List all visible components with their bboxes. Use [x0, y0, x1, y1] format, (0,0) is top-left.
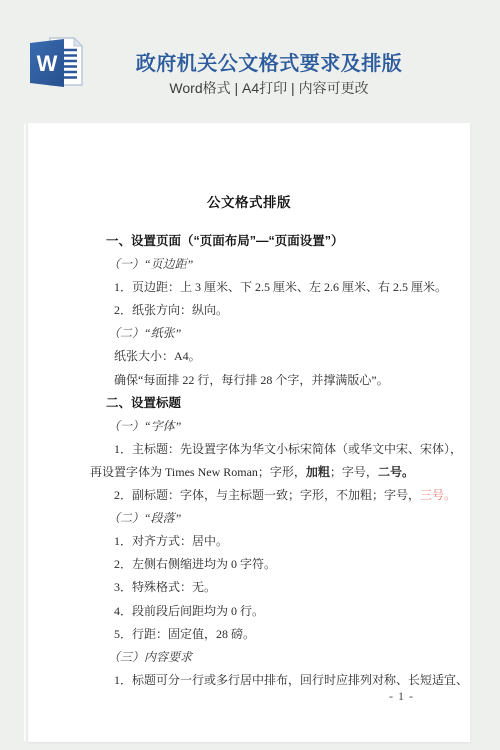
page-background: W 政府机关公文格式要求及排版 Word格式 | A4打印 | 内容可更改 公文… — [0, 0, 500, 750]
doc-line: 确保“每面排 22 行，每行排 28 个字，并撑满版心”。 — [90, 369, 462, 392]
doc-text-segment: 二、设置标题 — [106, 396, 181, 410]
doc-line: 再设置字体为 Times New Roman；字形，加粗；字号，二号。 — [90, 461, 462, 484]
doc-text-segment: 二号。 — [378, 465, 414, 479]
doc-line: （二）“段落” — [90, 507, 462, 530]
doc-text-segment: 3．特殊格式：无。 — [114, 580, 216, 594]
doc-line: （二）“纸张” — [90, 322, 462, 345]
doc-line: 1．对齐方式：居中。 — [90, 530, 462, 553]
doc-line: 2．左侧右侧缩进均为 0 字符。 — [90, 553, 462, 576]
page-number: - 1 - — [389, 689, 414, 704]
doc-text-segment: 2．纸张方向：纵向。 — [114, 303, 228, 317]
doc-text-segment: 加粗 — [306, 465, 330, 479]
doc-text-segment: 2．左侧右侧缩进均为 0 字符。 — [114, 557, 276, 571]
doc-text-segment: 1．页边距：上 3 厘米、下 2.5 厘米、左 2.6 厘米、右 2.5 厘米。 — [114, 280, 447, 294]
doc-line: （三）内容要求 — [90, 646, 462, 669]
doc-line: 5．行距：固定值，28 磅。 — [90, 623, 462, 646]
doc-text-segment: 一、设置页面（“页面布局”—“页面设置”） — [106, 234, 344, 248]
doc-line: （一）“页边距” — [90, 253, 462, 276]
doc-line: 二、设置标题 — [90, 392, 462, 415]
doc-text-segment: 1．对齐方式：居中。 — [114, 534, 228, 548]
document-body: 一、设置页面（“页面布局”—“页面设置”）（一）“页边距”1．页边距：上 3 厘… — [90, 230, 462, 692]
doc-text-segment: 再设置字体为 Times New Roman；字形， — [90, 465, 306, 479]
doc-text-segment: 1．主标题：先设置字体为华文小标宋简体（或华文中宋、宋体）， — [114, 442, 462, 456]
doc-text-segment: （一）“字体” — [108, 419, 181, 433]
doc-line: （一）“字体” — [90, 415, 462, 438]
doc-line: 3．特殊格式：无。 — [90, 576, 462, 599]
doc-text-segment: 纸张大小：A4。 — [114, 349, 201, 363]
doc-line: 2．纸张方向：纵向。 — [90, 299, 462, 322]
doc-text-segment: 三号。 — [420, 488, 456, 502]
doc-line: 1．主标题：先设置字体为华文小标宋简体（或华文中宋、宋体）， — [90, 438, 462, 461]
document-title: 公文格式排版 — [28, 191, 470, 211]
doc-line: 4．段前段后间距均为 0 行。 — [90, 600, 462, 623]
page-title: 政府机关公文格式要求及排版 — [0, 47, 500, 76]
doc-line: 1．页边距：上 3 厘米、下 2.5 厘米、左 2.6 厘米、右 2.5 厘米。 — [90, 276, 462, 299]
doc-text-segment: （二）“段落” — [108, 511, 181, 525]
doc-text-segment: （三）内容要求 — [108, 650, 192, 664]
page-edge-sliver — [24, 124, 26, 741]
document-page-preview[interactable]: 公文格式排版 一、设置页面（“页面布局”—“页面设置”）（一）“页边距”1．页边… — [28, 123, 470, 742]
doc-line: 2．副标题：字体，与主标题一致；字形，不加粗；字号，三号。 — [90, 484, 462, 507]
doc-line: 纸张大小：A4。 — [90, 345, 462, 368]
doc-text-segment: ；字号， — [330, 465, 378, 479]
page-subtitle: Word格式 | A4打印 | 内容可更改 — [0, 78, 500, 98]
doc-text-segment: 4．段前段后间距均为 0 行。 — [114, 604, 264, 618]
doc-line: 一、设置页面（“页面布局”—“页面设置”） — [90, 230, 462, 253]
doc-text-segment: 2．副标题：字体，与主标题一致；字形，不加粗；字号， — [114, 488, 420, 502]
doc-text-segment: （二）“纸张” — [108, 326, 181, 340]
doc-text-segment: 1．标题可分一行或多行居中排布，回行时应排列对称、长短适宜、 — [114, 673, 468, 687]
doc-text-segment: （一）“页边距” — [108, 257, 193, 271]
doc-text-segment: 5．行距：固定值，28 磅。 — [114, 627, 255, 641]
doc-text-segment: 确保“每面排 22 行，每行排 28 个字，并撑满版心”。 — [114, 373, 389, 387]
